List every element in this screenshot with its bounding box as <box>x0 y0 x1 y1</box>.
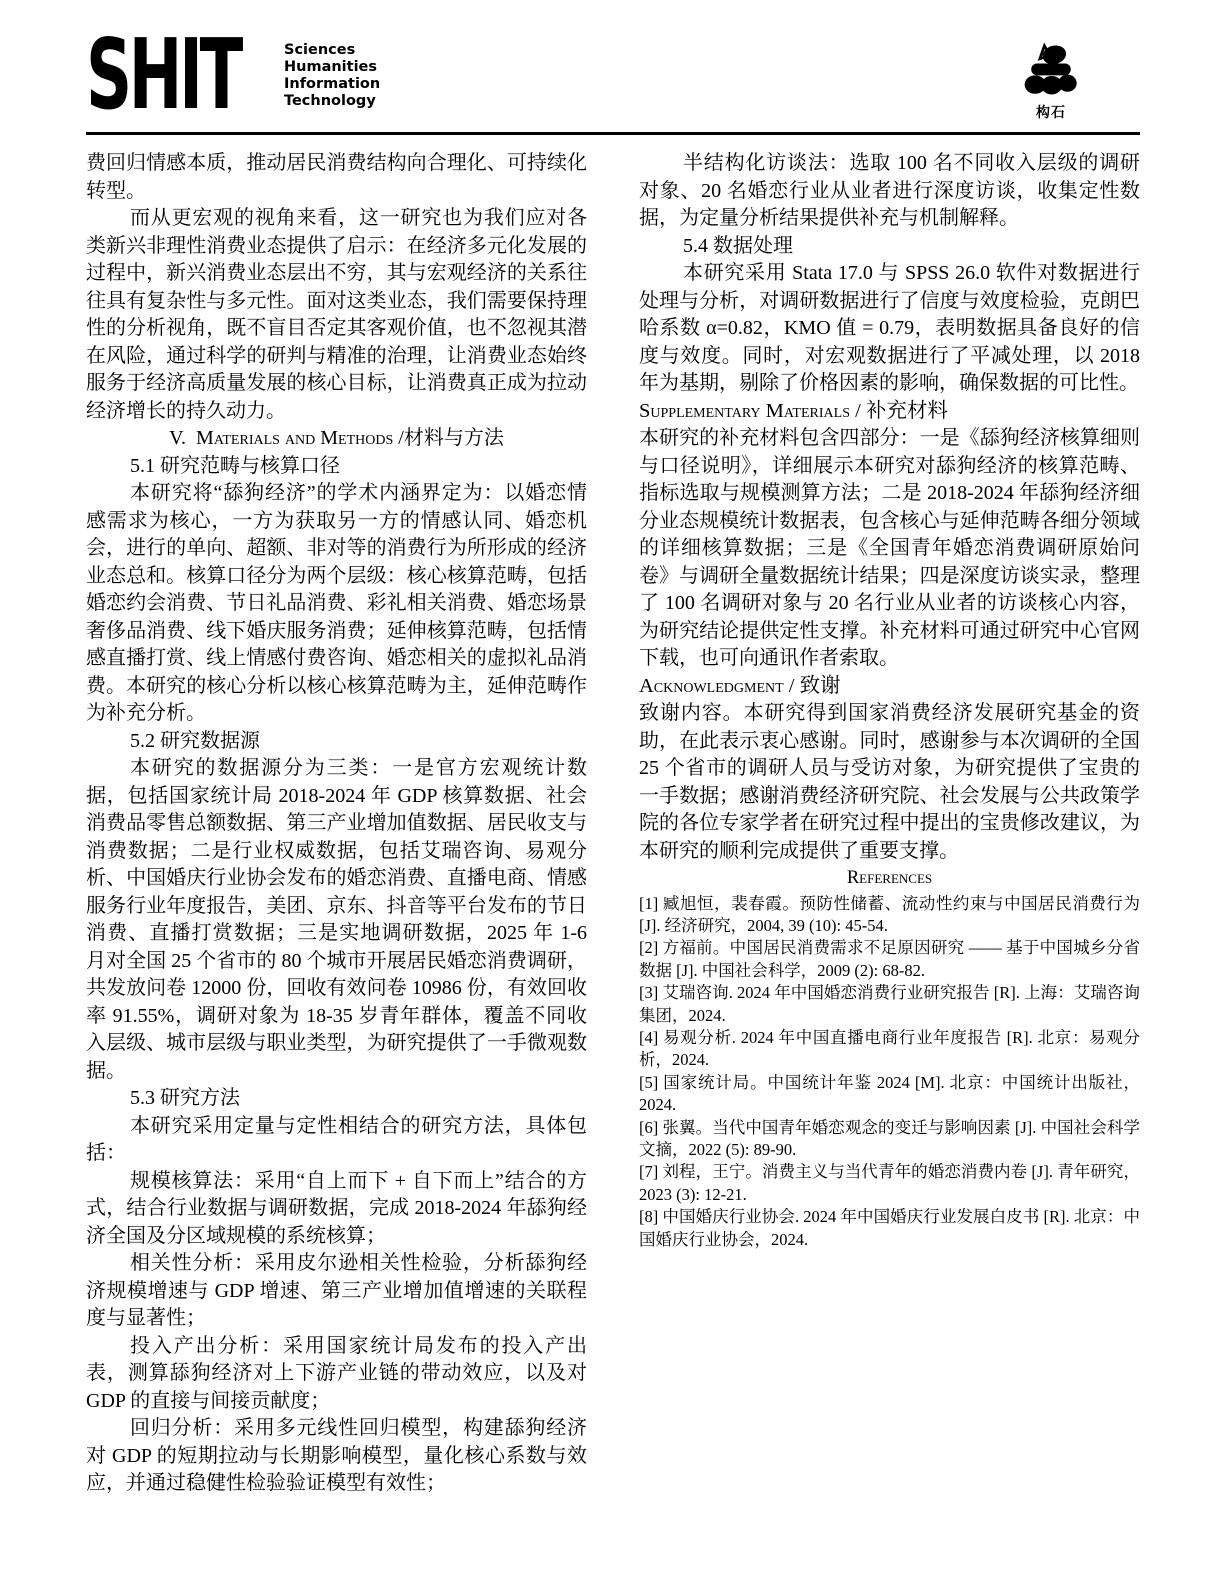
reference-item: [4] 易观分析. 2024 年中国直播电商行业年度报告 [R]. 北京：易观分… <box>639 1027 1140 1072</box>
journal-subtitle-line: Sciences <box>284 42 380 59</box>
reference-item: [1] 臧旭恒，裴春霞。预防性储蓄、流动性约束与中国居民消费行为 [J]. 经济… <box>639 893 1140 938</box>
subsection-5-2: 5.2 研究数据源 <box>86 728 587 756</box>
right-column: 半结构化访谈法：选取 100 名不同收入层级的调研对象、20 名婚恋行业从业者进… <box>639 150 1140 1498</box>
section-heading-methods: V. Materials and Methods /材料与方法 <box>86 425 587 453</box>
para-macro-view: 而从更宏观的视角来看，这一研究也为我们应对各类新兴非理性消费业态提供了启示：在经… <box>86 205 587 425</box>
journal-subtitle-line: Information <box>284 76 380 93</box>
heading-references: References <box>639 865 1140 893</box>
journal-logo: SHIT Sciences Humanities Information Tec… <box>86 38 380 114</box>
paper-page: SHIT Sciences Humanities Information Tec… <box>0 0 1224 1584</box>
para-5-4: 本研究采用 Stata 17.0 与 SPSS 26.0 软件对数据进行处理与分… <box>639 260 1140 398</box>
heading-supplementary-materials: Supplementary Materials / 补充材料 <box>639 398 1140 426</box>
para-5-1: 本研究将“舔狗经济”的学术内涵界定为：以婚恋情感需求为核心，一方为获取另一方的情… <box>86 480 587 728</box>
reference-item: [5] 国家统计局。中国统计年鉴 2024 [M]. 北京：中国统计出版社，20… <box>639 1072 1140 1117</box>
reference-item: [7] 刘程，王宁。消费主义与当代青年的婚恋消费内卷 [J]. 青年研究，202… <box>639 1161 1140 1206</box>
references-list: [1] 臧旭恒，裴春霞。预防性储蓄、流动性约束与中国居民消费行为 [J]. 经济… <box>639 893 1140 1252</box>
journal-subtitle-line: Technology <box>284 93 380 110</box>
para-method-interview: 半结构化访谈法：选取 100 名不同收入层级的调研对象、20 名婚恋行业从业者进… <box>639 150 1140 233</box>
para-method-input-output: 投入产出分析：采用国家统计局发布的投入产出表，测算舔狗经济对上下游产业链的带动效… <box>86 1333 587 1416</box>
journal-logo-subtitle: Sciences Humanities Information Technolo… <box>284 42 380 110</box>
org-logo-block: 构石 <box>1018 43 1084 121</box>
journal-logo-word-box: SHIT <box>86 38 270 114</box>
masthead: SHIT Sciences Humanities Information Tec… <box>86 38 1140 121</box>
para-method-correlation: 相关性分析：采用皮尔逊相关性检验，分析舔狗经济规模增速与 GDP 增速、第三产业… <box>86 1250 587 1333</box>
para-supplementary-materials: 本研究的补充材料包含四部分：一是《舔狗经济核算细则与口径说明》，详细展示本研究对… <box>639 425 1140 673</box>
org-label: 构石 <box>1018 106 1084 121</box>
header-rule <box>86 132 1140 135</box>
article-body: 费回归情感本质，推动居民消费结构向合理化、可持续化转型。 而从更宏观的视角来看，… <box>86 150 1140 1498</box>
reference-item: [6] 张翼。当代中国青年婚恋观念的变迁与影响因素 [J]. 中国社会科学文摘，… <box>639 1117 1140 1162</box>
para-method-scale: 规模核算法：采用“自上而下 + 自下而上”结合的方式，结合行业数据与调研数据，完… <box>86 1168 587 1251</box>
para-method-regression: 回归分析：采用多元线性回归模型，构建舔狗经济对 GDP 的短期拉动与长期影响模型… <box>86 1415 587 1498</box>
para-continuation: 费回归情感本质，推动居民消费结构向合理化、可持续化转型。 <box>86 150 587 205</box>
reference-item: [2] 方福前。中国居民消费需求不足原因研究 —— 基于中国城乡分省数据 [J]… <box>639 937 1140 982</box>
heading-acknowledgment: Acknowledgment / 致谢 <box>639 673 1140 701</box>
journal-logo-word: SHIT <box>86 38 240 112</box>
para-5-3-intro: 本研究采用定量与定性相结合的研究方法，具体包括： <box>86 1113 587 1168</box>
para-acknowledgment: 致谢内容。本研究得到国家消费经济发展研究基金的资助，在此表示衷心感谢。同时，感谢… <box>639 700 1140 865</box>
reference-item: [8] 中国婚庆行业协会. 2024 年中国婚庆行业发展白皮书 [R]. 北京：… <box>639 1206 1140 1251</box>
rock-pile-icon <box>1018 43 1084 105</box>
subsection-5-3: 5.3 研究方法 <box>86 1085 587 1113</box>
reference-item: [3] 艾瑞咨询. 2024 年中国婚恋消费行业研究报告 [R]. 上海：艾瑞咨… <box>639 982 1140 1027</box>
subsection-5-1: 5.1 研究范畴与核算口径 <box>86 453 587 481</box>
left-column: 费回归情感本质，推动居民消费结构向合理化、可持续化转型。 而从更宏观的视角来看，… <box>86 150 587 1498</box>
journal-subtitle-line: Humanities <box>284 59 380 76</box>
para-5-2: 本研究的数据源分为三类：一是官方宏观统计数据，包括国家统计局 2018-2024… <box>86 755 587 1085</box>
subsection-5-4: 5.4 数据处理 <box>639 233 1140 261</box>
